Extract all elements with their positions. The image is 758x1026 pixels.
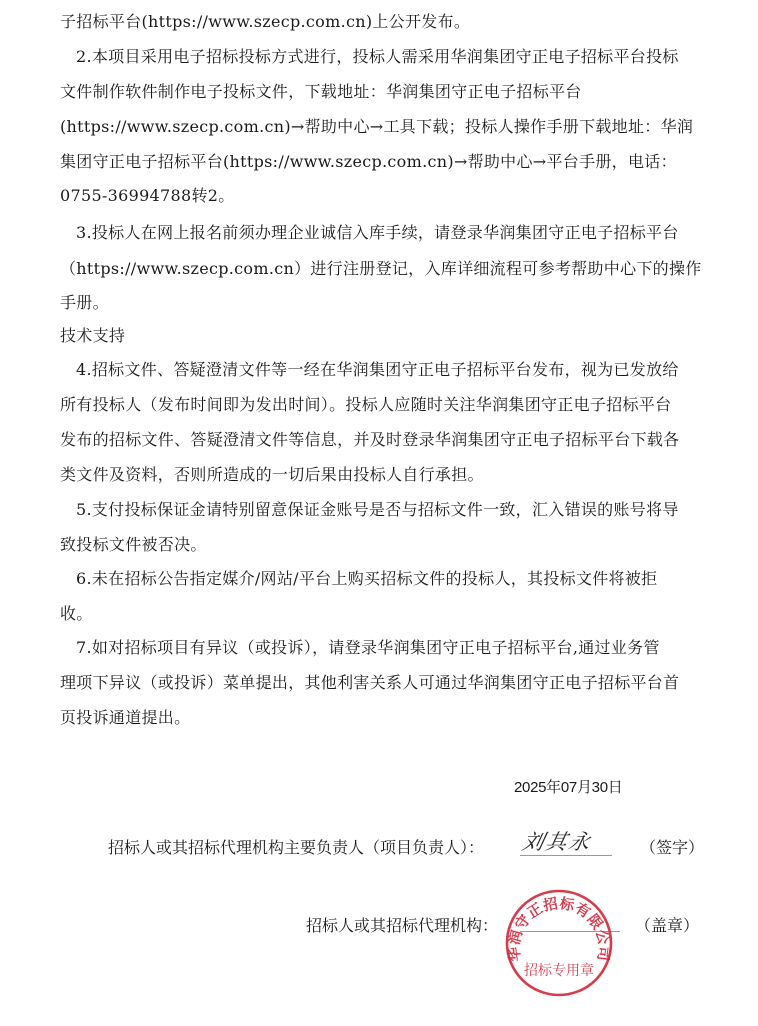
document-line: 收。	[60, 604, 700, 624]
stamp-inner-text: 招标专用章	[524, 962, 594, 979]
signature-underline	[520, 855, 612, 856]
signature-label: 招标人或其招标代理机构主要负责人（项目负责人）：	[108, 838, 484, 858]
document-line: 致投标文件被否决。	[60, 535, 700, 555]
document-line: 类文件及资料，否则所造成的一切后果由投标人自行承担。	[60, 465, 700, 485]
document-line: 文件制作软件制作电子投标文件，下载地址：华润集团守正电子招标平台	[60, 82, 700, 102]
document-line: 技术支持	[60, 326, 700, 346]
handwritten-signature: 刘其永	[520, 826, 595, 856]
document-line: 所有投标人（发布时间即为发出时间）。投标人应随时关注华润集团守正电子招标平台	[60, 395, 700, 415]
seal-note: （盖章）	[635, 916, 699, 936]
document-line: 发布的招标文件、答疑澄清文件等信息，并及时登录华润集团守正电子招标平台下载各	[60, 430, 700, 450]
document-line: 手册。	[60, 293, 700, 313]
document-line: 6.未在招标公告指定媒介/网站/平台上购买招标文件的投标人，其投标文件将被拒	[76, 569, 716, 589]
document-date: 2025年07月30日	[514, 778, 622, 798]
document-line: （https://www.szecp.com.cn）进行注册登记，入库详细流程可…	[60, 259, 700, 279]
document-line: (https://www.szecp.com.cn)→帮助中心→工具下载；投标人…	[60, 117, 700, 137]
document-line: 集团守正电子招标平台(https://www.szecp.com.cn)→帮助中…	[60, 152, 700, 172]
document-line: 5.支付投标保证金请特别留意保证金账号是否与招标文件一致，汇入错误的账号将导	[76, 500, 716, 520]
document-line: 2.本项目采用电子招标投标方式进行，投标人需采用华润集团守正电子招标平台投标	[76, 47, 716, 67]
document-line: 0755-36994788转2。	[60, 186, 700, 206]
seal-label: 招标人或其招标代理机构：	[306, 916, 498, 936]
document-line: 子招标平台(https://www.szecp.com.cn)上公开发布。	[60, 12, 700, 32]
document-line: 页投诉通道提出。	[60, 708, 700, 728]
document-page: 子招标平台(https://www.szecp.com.cn)上公开发布。2.本…	[0, 0, 758, 1026]
document-line: 理项下异议（或投诉）菜单提出，其他利害关系人可通过华润集团守正电子招标平台首	[60, 673, 700, 693]
stamp-outer-text: 华润守正招标有限公司	[504, 894, 613, 962]
signature-note: （签字）	[640, 838, 704, 858]
document-line: 7.如对招标项目有异议（或投诉），请登录华润集团守正电子招标平台,通过业务管	[76, 638, 716, 658]
document-line: 3.投标人在网上报名前须办理企业诚信入库手续，请登录华润集团守正电子招标平台	[76, 223, 716, 243]
svg-text:华润守正招标有限公司: 华润守正招标有限公司	[504, 894, 613, 962]
document-line: 4.招标文件、答疑澄清文件等一经在华润集团守正电子招标平台发布，视为已发放给	[76, 360, 716, 380]
company-seal-stamp-icon: 华润守正招标有限公司 招标专用章	[503, 887, 615, 999]
